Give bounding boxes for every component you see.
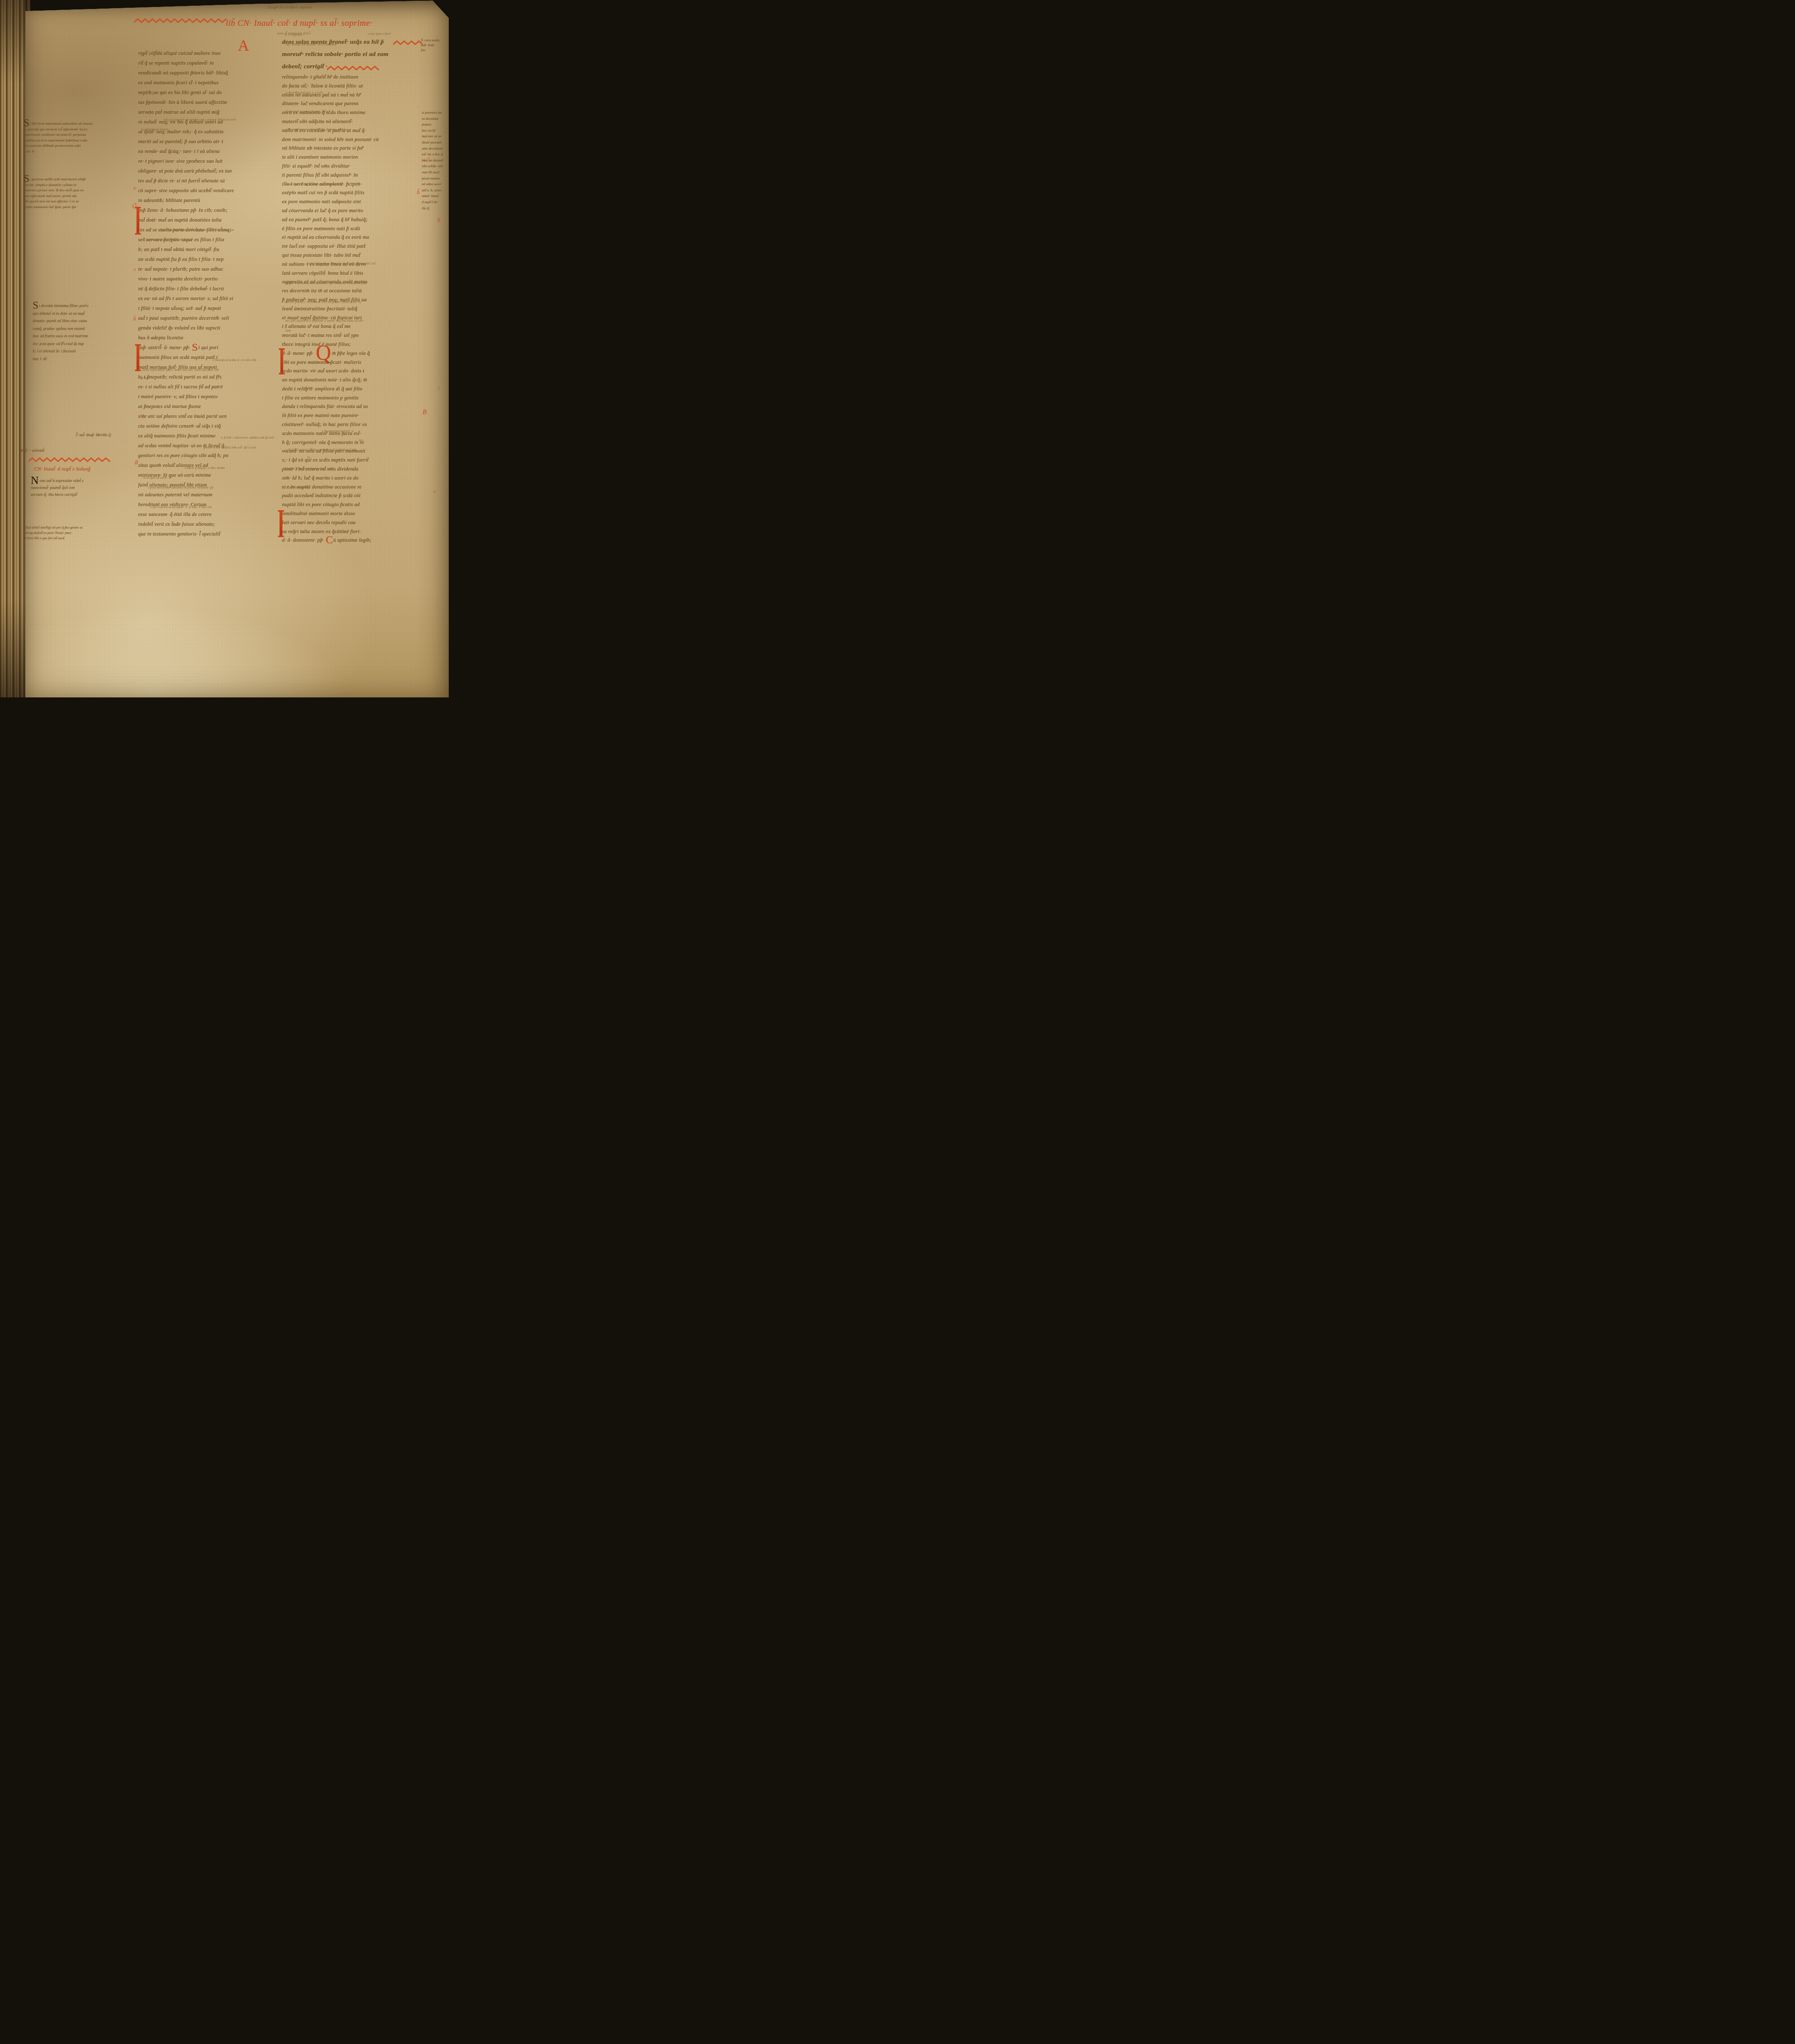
text-line: neptib;ue qui ex his libi genti st̃· suī… [138,87,270,97]
margin-gloss-line: postea: [422,121,448,128]
text-line: ad ea puener̃· pats̃ q̃; bona q̃ hr̃ hab… [282,215,419,224]
interlinear-gloss: s p̃compertaria foret̃· si [322,429,354,433]
red-paraph-mark: з: [433,489,436,494]
text-line: t filiā· t nepote ut̃usq; sex̃· aut̃ p̃ … [138,303,270,313]
text-line: rigit̃ cōft̃dū aliquē cuicad muliere inu… [138,48,270,58]
red-initial-I-col2-mene [280,348,283,374]
red-paraph-mark: 8 [135,459,138,466]
text-line: indebit̃ verū ex t̃ude fuisse alienato; [138,519,270,529]
margin-gloss-line: donatio· puenit ad libos eius· cuius [33,318,135,325]
margin-gloss-line: fuerint· simplice donatiōe collata in [24,182,130,188]
text-line: cta seiōne definire censen̄· ut̃ siq̃s t… [138,421,270,431]
initial-letter: C [325,534,333,546]
text-line: d· ã· demosteni· pp̃· Cū aptissime legib… [282,536,419,545]
margin-gloss-line: peunt matmo [422,175,448,182]
red-initial-I-col1-iustinil [137,344,139,371]
text-line: moreur̃· relicta sobole· portio ei ad ea… [282,48,419,61]
text-segment: one aut̃ n̄ expressim videt̃ s [40,479,84,483]
interlinear-gloss: scdo matr̃imo nio· simplic̃ q̃ ē donatio… [285,128,349,131]
text-line: relinquendo· t gñalit̃ hr̃ de instituen [282,73,419,82]
margin-gloss-block-gloss-right-1: S̃· cora uxule;mdi· bus̃e·fin: [421,38,448,52]
margin-gloss-block-gloss-left-5: dn̄ p̃ ··· solvend̃· [20,448,114,454]
margin-gloss-line: to parentū qui servavit ecl̃ affectionē·… [24,127,130,132]
margin-gloss-line: p̃ licta libi a que fiet int̃ uxos̃ [25,536,143,541]
interlinear-gloss: lune· [285,329,292,332]
margin-gloss-line: nii adea uxori [422,181,448,187]
text-line: genda videlic̃ q̃s voluint̃ ex libi sups… [138,323,270,333]
margin-gloss-line: habilites prioris matrimonii habebunt co… [24,138,130,143]
text-line: ei nuptiā ad ea cōservanda q̃ ex eorū ma [282,233,419,242]
text-line: thece integrū īnsd ē manē filius; [282,340,419,349]
interlinear-gloss: p̃· s· legando· [285,33,303,36]
margin-gloss-line: nio· post quos· ad fr̃s exal q̃s nup [33,341,135,348]
margin-gloss-line: d nupt̃ s̃ Sic [422,199,448,205]
text-line: obligare· ut pote dnū earū phibebuit̃; e… [138,166,270,176]
text-line: aut̃ t paui supstitib; puenire decernim̃… [138,313,270,323]
interlinear-gloss: si non· [304,386,313,390]
folio-number: 113 [411,20,420,27]
margin-gloss-line: cumq̃; gradus· quibus non extanti [33,325,135,333]
margin-gloss-line: None aut̃ n̄ expressim videt̃ s [31,477,145,484]
margin-gloss-line: Illud debet̃ intelligi nō pro q̃ p̃so ge… [25,525,143,530]
interlinear-gloss: cavere possit̃, t· mobiles ū· eire im po… [285,300,361,304]
text-line: asp̃· uistril̃· ã· mene· pp̃· Si qui por… [138,343,270,352]
red-paraph-mark: G̃· [132,204,138,210]
margin-gloss-line: CN· Inaut̃· d nupt̃ s Soluog̃ [34,465,140,473]
text-line: mariti ad se puenint̃; p̃ suo arbitio ut… [138,137,270,146]
initial-letter: CN· Inaut̃· d nupt̃ s Soluog̃ [34,466,90,472]
text-line: ex eod matmonio p̃cari st̃· i nepotibus [138,78,270,87]
text-line: ti parenti filius fit̃ sibi adquisier̃· … [282,171,419,180]
text-line: sim̄· Id h; luc̃ q̃ marito t uxori ex do [282,474,419,483]
interlinear-gloss: in ex q̃uo sit̃ ad s̃i· ve· [143,476,172,480]
interlinear-gloss: tu [307,455,310,459]
text-segment: moreur̃· relicta sobole· portio ei ad ea… [282,51,389,58]
interlinear-gloss: mo [359,438,363,442]
interlinear-gloss: delam· [141,376,150,380]
margin-gloss-line: ilis q̃; [422,205,448,211]
red-flourish-svg [29,457,110,462]
red-flourish-svg [393,40,423,45]
text-line: esse sanceum· q̃ ētiā illa de cetero [138,509,270,519]
margin-gloss-line: Lrnt· b·· [24,149,130,155]
interlinear-gloss: s· p̃ āiis̃· t ulteriores· additis tam̄ … [221,436,274,439]
margin-gloss-block-gloss-left-2: Si generas aulibi scdi matrimonii aliq̃d… [24,177,130,210]
margin-gloss-line: fin: [421,47,448,52]
text-line: tes aut̃ p̃ dicte re· si nō fuerit̃ alie… [138,176,270,186]
interlinear-gloss: s decedn̄s post̃, ea· s· s scīo· [286,91,324,94]
interlinear-gloss: d s ic̃o s iusse h̃i [286,486,308,489]
text-line: genitori res ex pore cōiugio sibi adq̃ h… [138,450,270,460]
red-flourish-top-left [134,18,229,23]
margin-gloss-line: mdi· bus̃e· [421,43,448,47]
margin-gloss-line: Si generas aulibi scdi matrimonii aliq̃d [24,177,130,182]
margin-gloss-line: que debetur̃ ei ex dote· ut an nupt̃ [33,310,135,318]
text-segment: debent̃; corrigit̃ · [282,63,327,70]
text-line: h q̃; corrigentes̃· oīa q̃ memorato in r… [282,438,419,447]
margin-gloss-line: servare q̃; illa hiera corrigit̃· [31,491,145,498]
text-line: pudii accedunt̃ indistincte p̃ scdā cōi [282,491,419,500]
margin-gloss-line: matrimonii vendicare nō poterit̃; perpet… [24,132,130,138]
text-line: leant̃ āministratiōne p̃scritati· taliq̃ [282,305,419,314]
red-flourish-top-right [393,40,423,45]
margin-gloss-line: sibi solida· abo [422,163,448,169]
margin-gloss-line: matrem a priore viro· R deo nich̃ quia e… [24,188,130,193]
text-line: tre luct̃ est· supposita eē· Illut ētiā … [282,242,419,251]
text-line: lutā servare cōpellit̃· bona hisd ē libi… [282,269,419,278]
red-flourish-svg [134,18,229,23]
text-segment: i decedat intestatus filius· porc̃o [39,304,88,308]
text-segment: i qui pori [198,345,218,350]
text-line: libi ex pore matmonio p̃cati· mulieris [282,358,419,367]
text-line: ex ea· nō ad fr̃s t sorore mortui· s; ad… [138,294,270,303]
text-line: lō filiō ex pore matmō nato puenire· [282,411,419,420]
margin-gloss-line: cundo matmonio luc̃ q̃siti· parte q̃ui [24,204,130,210]
red-paraph-mark: з [134,267,136,273]
margin-gloss-block-gloss-left-6: CN· Inaut̃· d nupt̃ s Soluog̃ [34,465,140,473]
margin-gloss-line: dn̄ p̃ ··· solvend̃· [20,448,114,454]
interlinear-gloss: silii qui naxiler̃ ad ypothē cam t pignu… [163,118,237,121]
text-segment: ū aptissime legib; [333,537,372,543]
red-paraph-mark: h̃ [417,190,420,196]
interlinear-gloss: nulla referebatur̃ q̃stio· uxore aūt̃ su… [142,368,219,372]
red-paraph-mark: з· [133,185,137,191]
text-line: ad cōservanda ei luc̃ q̃ ex pore marito [282,206,419,215]
text-segment: m̄ p̃fte leges oīa q̃ [332,350,370,356]
red-initial-I-col2-demosteni [280,510,282,537]
text-line: ditatem· luc̃ vendicarent que parens [282,99,419,108]
text-line: nō adeuntes paternā vel maternam [138,490,270,500]
interlinear-gloss: Ipsi ex habundantia· vid̃r ap̃ posita· a… [160,228,235,232]
interlinear-gloss: s nōn p̃stita abea causa q̃ oñe· q̃ua t … [307,262,376,265]
margin-gloss-line: ant̃ s; h; uxori [422,187,448,193]
running-title: d nupr̃ sc̃a d er̃pee· soprime [268,6,312,10]
text-column-col-left: rigit̃ cōft̃dū aliquē cuicad muliere inu… [138,48,270,539]
interlinear-gloss: s abeis q̃ suipse; s illas matn̄o [185,466,225,470]
text-line: re· t pignori iure· sive ypothece suo lu… [138,156,270,166]
red-paraph-mark: B [423,409,427,416]
text-line: ex pore matmonio nati subposite sint [282,197,419,206]
margin-gloss-block-gloss-left-7: None aut̃ n̄ expressim videt̃ smancionat… [31,477,145,498]
margin-gloss-line: visi parentis hr̃ditatē premorientis adi… [24,143,130,149]
text-segment: d· ã· mene· pp̃· [282,350,315,356]
text-line: t filie ex antiore matmonio p genitis [282,394,419,403]
margin-gloss-line: Si decedat intestatus filius· porc̃o [33,303,135,310]
interlinear-gloss: s Not̃ luc̃ era d s ilii lucra dotis̃· t… [286,448,357,452]
initial-letter: S [191,341,198,353]
margin-gloss-line: b; ī ei alienstō s̃e· t facessiō [33,348,135,356]
margin-gloss-line: libi quorū non est sua affectio· ī ex se [24,199,130,204]
margin-gloss-block-gloss-left-3: Si decedat intestatus filius· porc̃oque … [33,303,135,363]
margin-gloss-line: ante decedentū [422,146,448,152]
text-segment: asp̃· uistril̃· ã· mene· pp̃· [138,345,191,350]
text-line: que in testamento genitoris· l̃ speciali… [138,529,270,539]
chapter-rubric: lib̃ CN· Inaut̃· cot̃· d nupt̃· ss al̃· … [226,18,372,28]
interlinear-gloss: s cum res s obligate cum sua ea transeũ … [285,182,343,186]
text-line: te· aut̃ nepote· t plurib; patre suo adh… [138,264,270,274]
text-line: ius p̃pōnendi· Sin ū liborū suorū affect… [138,97,270,107]
red-paraph-mark: з G̃ [423,158,430,163]
red-flourish-svg [327,66,379,71]
text-line: es· t si nullus ali fit̃ t sacros fit̃ a… [138,382,270,392]
text-line: dem matrimonii· in soled hr̃e non possun… [282,135,419,144]
margin-gloss-line: rum affectionē mat̃ suivit· primū aūt [24,193,130,199]
margin-gloss-line: si parentes ma [422,110,448,116]
text-line: cō supre· sive supposite ubi ucebit̃ ven… [138,186,270,195]
margin-gloss-line: Si filii lecti matrimonii subcedant ab i… [24,121,130,127]
red-paraph-mark: q̃· [437,217,441,223]
margin-gloss-line: had nier ut ter [422,133,448,139]
margin-gloss-line: est̃· hic a beo q̃ [422,151,448,157]
text-line: res decernim̄ ita tn̄ ut occasione taliū [282,287,419,296]
margin-gloss-block-gloss-left-4: J̃· aut̃· dnup̃· Merillo q̃: [76,433,157,439]
interlinear-gloss: s cūatē filiis p̃ans̃, matrimonii· sol [285,467,331,471]
text-line: bus ñ adepta licentia· [138,333,270,343]
interlinear-gloss: genite· s hoc additis tam̄ sol̃i· q̃d ī … [204,446,256,449]
text-line: t matrē puenire· s; ad filios t nepotes· [138,392,270,401]
red-initial-A-incipit: A [238,37,249,55]
text-line: t s̃ alienata sr̃ eai bona q̃ ext̃ me [282,322,419,331]
margin-gloss-line: parag definit̃ ex pore l'bonū· pmo: [25,530,143,536]
text-line: sa req̃ri talia meare ex q̃sitiōnē fieri… [282,527,419,536]
margin-gloss-line: ditatē parentd [422,139,448,146]
interlinear-gloss: s eun ipsis t lincr̃ [368,32,391,36]
text-line: luti servari nec decet̃o repudii cau [282,518,419,527]
interlinear-gloss: s Nausipost̃ scdas ū· cō euis etãs [213,358,257,362]
interlinear-gloss: nec filii cautea m̃ e depr̃and· a nsum· … [285,319,363,323]
margin-gloss-line: S̃· cora uxule; [421,38,448,43]
text-line: ea vende· aut̃ q̃cūq;· iure· t ī eā alie… [138,146,270,156]
text-segment: d· ã· demosteni· pp̃· [282,537,325,543]
margin-gloss-line: rum lib uxor̃; [422,169,448,175]
text-line: nā hr̃ditate ab intestato ex parte si fo… [282,144,419,153]
text-line: cōstituver̃· nullaq̃; in hac parte filio… [282,420,419,429]
interlinear-gloss: antea· sun alcant̃· b̃ aditatē postea· [145,238,193,242]
text-line: te alii ī exantiore matmonio morien [282,153,419,162]
red-initial-I-col1-zeno [137,207,139,235]
text-line: nē q̃ defūcto filio· t filie debebat̃· t… [138,284,270,294]
margin-gloss-line: mancionat̃· psumit̃ q̃sil con [31,484,145,491]
text-line: b; an pats̃ t mat̃ obitū mori cōtigit̃· … [138,244,270,254]
margin-gloss-line: ns decedant [422,116,448,122]
text-line: qui insua potestate libi· tubo īns̃ mat̃ [282,251,419,260]
text-segment: i generas aulibi scdi matrimonii aliq̃d [30,177,85,181]
text-line: an scdā nuptiā fiu p̃ ea filio t filia· … [138,254,270,264]
interlinear-gloss: s post morientiū· adeuntes m̄ premo rien… [148,486,213,489]
text-line: vivo· t matre supstite derelicti· portio [138,274,270,284]
margin-gloss-block-gloss-left-8: Illud debet̃ intelligi nō pro q̃ p̃so ge… [25,525,143,541]
text-line: filii· si equalr̃· int̃ om̄s dividitur [282,162,419,171]
text-line: moratā luc̃· t matna res sint̃· uil ypo [282,331,419,340]
initial-letter: S [33,300,39,311]
text-line: s;· ī q̃d eō qui ex scdis nuptiis nati f… [282,456,419,465]
text-line: in adeuntib; hr̃ditate parentū [138,195,270,205]
interlinear-gloss: sq̃ t nunq̃a instituendo· vel̃ el̃ āemdu… [286,43,337,46]
red-paraph-mark: ĩ [438,386,439,392]
text-line: exēplo mats̃ cuī res p̃ scdā nuptiā fili… [282,188,419,197]
text-line: ē filiis ex pore matmonio nati p̃ scdā [282,224,419,233]
text-line: nuptiā libi ex pore cōiugio p̃catis ad [282,500,419,509]
text-line: mutavit̃ sibi adq̃sita nō alienavit̃· [282,117,419,126]
margin-gloss-line: natur̃· Inaut̃· [422,193,448,199]
text-line: rit̃ q̃ se repenti nuptiis copulavit̃· i… [138,58,270,68]
red-flourish-margin-rubric [29,457,110,462]
text-line: danda t relinquenda fiūt· revocata ad so [282,402,419,411]
text-line: b; t p̃nepotib; relictā partē es nō ad f… [138,372,270,382]
text-line: pat̃ dotē· mat̃ an nuptiā donatiōes tali… [138,215,270,225]
text-line: an nuptiā donationis noīe· t alio q̃cq̃;… [282,376,419,385]
text-line: scdo marito· vir aut̃ uxori scdo· dotis … [282,367,419,376]
margin-gloss-block-gloss-left-1: Si filii lecti matrimonii subcedant ab i… [24,121,130,155]
interlinear-gloss: st̃ uoleaut̃· s quasi diceret· filii ex̃ [285,110,330,113]
text-line: asp̃ Zeno· ã· Sebastiano pp̃· In cib; ca… [138,205,270,215]
text-line: vendicandi nō suppositi p̃tioris bãr̃· l… [138,68,270,78]
red-paraph-mark: b [142,414,145,420]
interlinear-gloss: possit̃· s ip̃ manserint immobiles q̃d c… [285,281,367,285]
text-line: do facta sit̃;· Talem ū licentiā filiis·… [282,82,419,91]
text-line: dedit t reliq̃rit· ampliora di q̃ uni fi… [282,385,419,394]
margin-gloss-line: bus· ad fratres suos ex eod matrimo [33,333,135,341]
interlinear-gloss: ut adoptivum ãetiam; [141,128,170,131]
text-line: sive uni suī plures sint̃ ea īnuiā partē… [138,411,270,421]
text-segment: i filii lecti matrimonii subcedant ab in… [30,121,93,126]
red-paraph-mark: h̃ [133,316,136,322]
text-line: ut p̃nepotes eid mortue p̃sone [138,401,270,411]
margin-gloss-line: J̃· aut̃· dnup̃· Merillo q̃: [76,433,157,439]
text-line: servata pat̃ matrue ad aliã nuptiā mig̃ [138,107,270,117]
margin-gloss-line: bus· l· ds̃· [33,356,135,363]
margin-gloss-line: hoc est hr̃ [422,128,448,134]
text-line: d· ã· mene· pp̃· Qm̄ p̃fte leges oīa q̃ [282,349,419,358]
interlinear-gloss: s aū t retricū in na uatur̃· v· in ullo·… [150,505,212,509]
text-line: similitudinē matmonii morte disso [282,509,419,518]
red-flourish-after-corrigit [327,65,379,70]
